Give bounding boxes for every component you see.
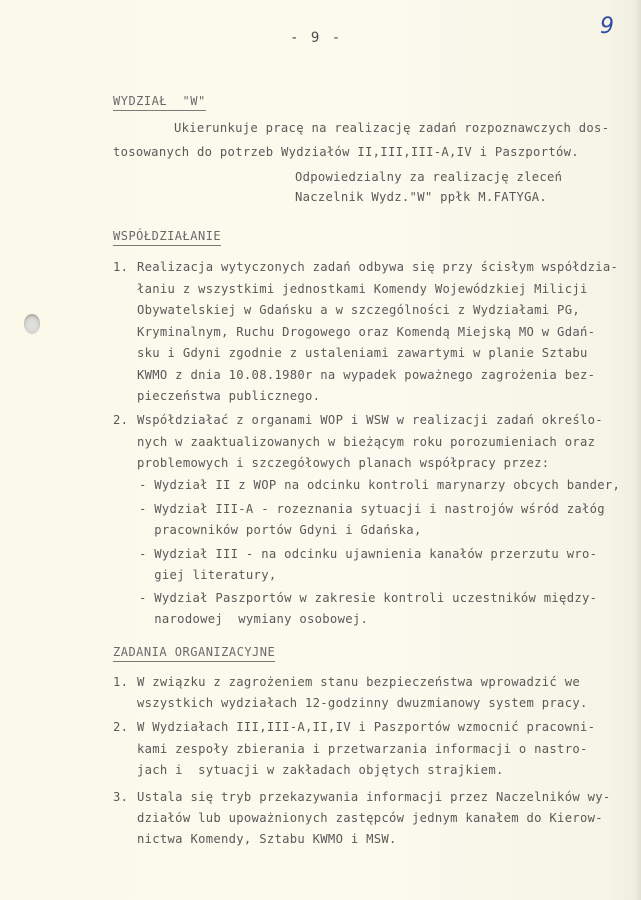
list-item-line: W Wydziałach III,III-A,II,IV i Paszportó…	[137, 720, 595, 734]
paragraph-line: tosowanych do potrzeb Wydziałów II,III,I…	[113, 145, 579, 159]
document-page: 9 - 9 - WYDZIAŁ "W" Ukierunkuje pracę na…	[0, 0, 641, 900]
list-item-line: Realizacja wytyczonych zadań odbywa się …	[137, 260, 618, 274]
list-item-line: Współdziałać z organami WOP i WSW w real…	[137, 413, 603, 427]
list-item-line: nictwa Komendy, Sztabu KWMO i MSW.	[137, 832, 397, 846]
list-item-number: 1.	[113, 675, 128, 689]
list-item-line: Obywatelskiej w Gdańsku a w szczególnośc…	[137, 303, 580, 317]
list-item-line: wszystkich wydziałach 12-godzinny dwuzmi…	[137, 696, 588, 710]
list-item-line: sku i Gdyni zgodnie z ustaleniami zawart…	[137, 346, 588, 360]
sub-item-line: - Wydział II z WOP na odcinku kontroli m…	[139, 478, 620, 492]
list-item-line: łaniu z wszystkimi jednostkami Komendy W…	[137, 282, 588, 296]
page-number: - 9 -	[290, 30, 342, 46]
list-item-line: W związku z zagrożeniem stanu bezpieczeń…	[137, 675, 580, 689]
sub-item-line: pracowników portów Gdyni i Gdańska,	[139, 523, 422, 537]
section-heading-zadania-organizacyjne: ZADANIA ORGANIZACYJNE	[113, 645, 275, 662]
list-item-line: jach i sytuacji w zakładach objętych str…	[137, 763, 504, 777]
responsible-line: Odpowiedzialny za realizację zleceń	[295, 170, 562, 184]
section-heading-wydzial-w: WYDZIAŁ "W"	[113, 94, 206, 111]
sub-item-line: - Wydział III-A - rozeznania sytuacji i …	[139, 502, 605, 516]
list-item-number: 1.	[113, 260, 128, 274]
list-item-number: 3.	[113, 790, 128, 804]
list-item-line: KWMO z dnia 10.08.1980r na wypadek poważ…	[137, 368, 595, 382]
responsible-line: Naczelnik Wydz."W" ppłk M.FATYGA.	[295, 190, 547, 204]
sub-item-line: giej literatury,	[139, 568, 276, 582]
sub-item-line: - Wydział Paszportów w zakresie kontroli…	[139, 591, 597, 605]
list-item-line: działów lub upoważnionych zastępców jedn…	[137, 811, 603, 825]
list-item-number: 2.	[113, 720, 128, 734]
sub-item-line: narodowej wymiany osobowej.	[139, 612, 368, 626]
paragraph-line: Ukierunkuje pracę na realizację zadań ro…	[174, 121, 609, 135]
list-item-line: Kryminalnym, Ruchu Drogowego oraz Komend…	[137, 325, 595, 339]
list-item-line: kami zespoły zbierania i przetwarzania i…	[137, 742, 588, 756]
handwritten-page-number: 9	[600, 14, 614, 39]
page-edge-shadow	[635, 0, 641, 900]
list-item-line: nych w zaaktualizowanych w bieżącym roku…	[137, 435, 595, 449]
sub-item-line: - Wydział III - na odcinku ujawnienia ka…	[139, 547, 597, 561]
punch-hole	[24, 314, 40, 334]
section-heading-wspoldzialanie: WSPÓŁDZIAŁANIE	[113, 229, 221, 246]
list-item-line: problemowych i szczegółowych planach wsp…	[137, 456, 549, 470]
list-item-line: pieczeństwa publicznego.	[137, 389, 320, 403]
list-item-number: 2.	[113, 413, 128, 427]
list-item-line: Ustala się tryb przekazywania informacji…	[137, 790, 611, 804]
